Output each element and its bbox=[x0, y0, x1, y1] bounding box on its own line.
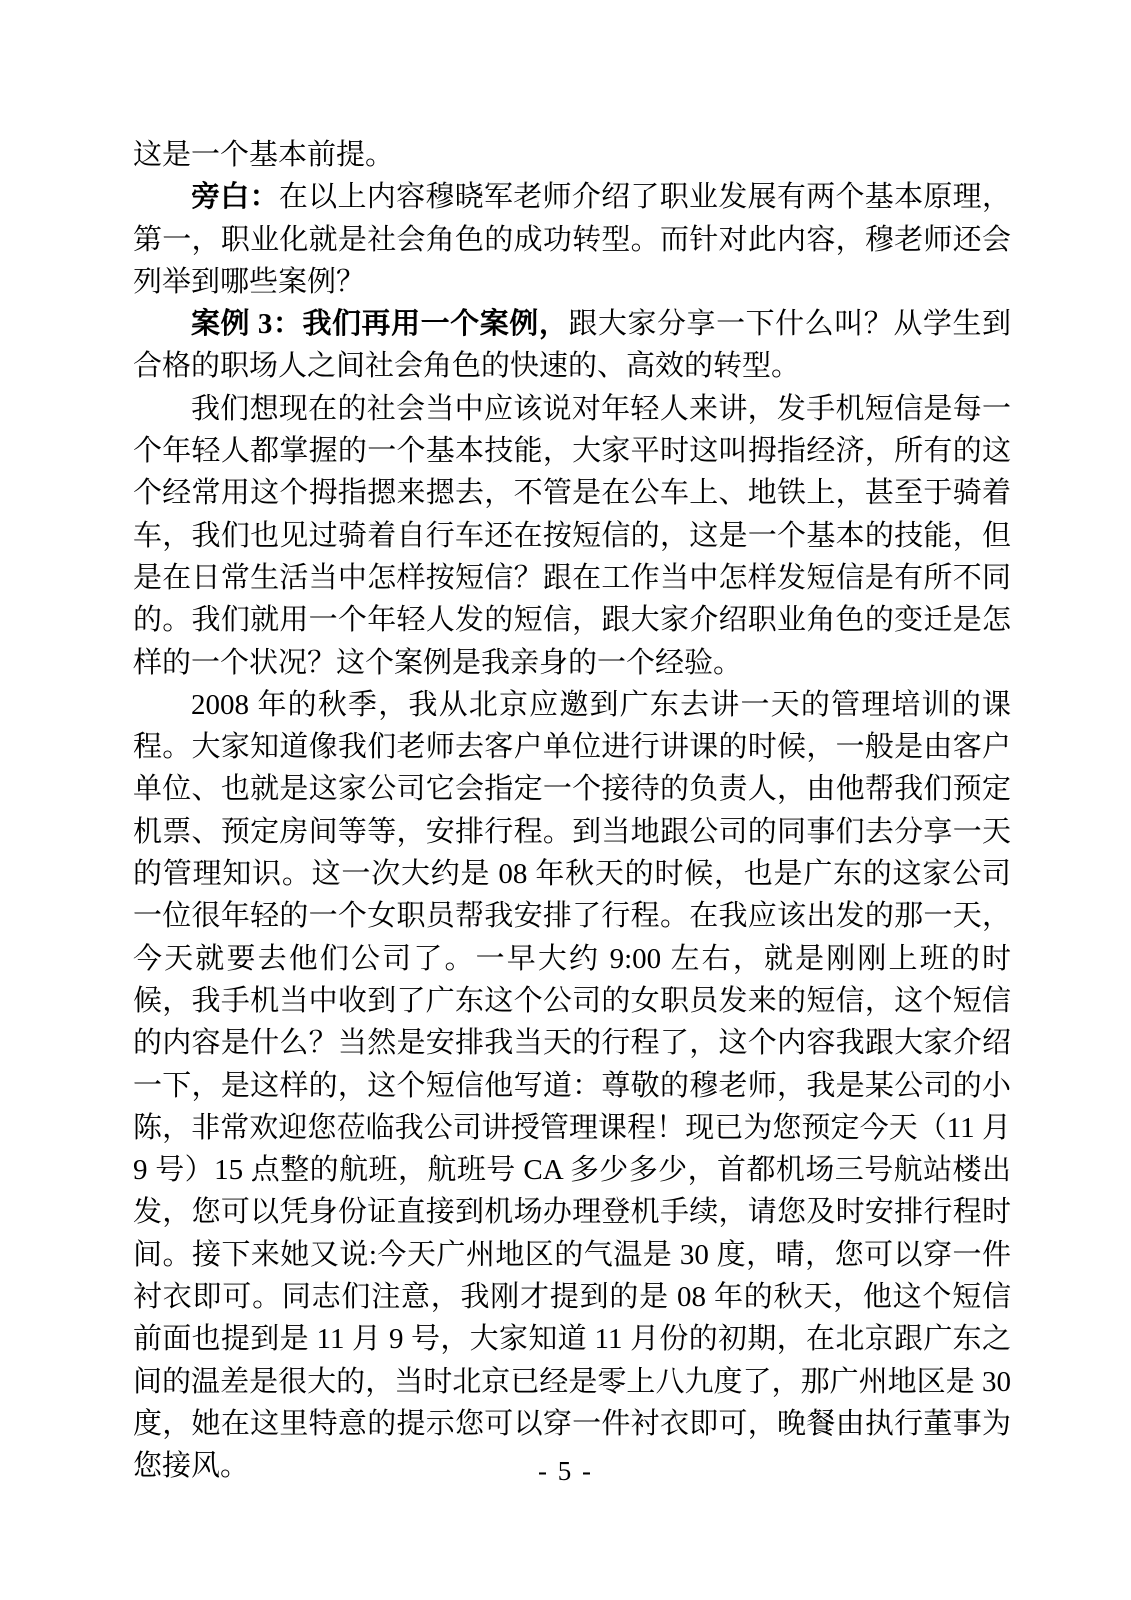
bold-text-run: 旁白： bbox=[191, 181, 279, 213]
page-number: - 5 - bbox=[0, 1456, 1131, 1487]
document-page: 这是一个基本前提。旁白：在以上内容穆晓军老师介绍了职业发展有两个基本原理，第一，… bbox=[0, 0, 1131, 1600]
paragraph: 2008 年的秋季，我从北京应邀到广东去讲一天的管理培训的课程。大家知道像我们老… bbox=[133, 684, 1011, 1488]
paragraph: 这是一个基本前提。 bbox=[133, 134, 1011, 176]
text-run: 这是一个基本前提。 bbox=[133, 139, 394, 171]
paragraph: 案例 3：我们再用一个案例，跟大家分享一下什么叫？从学生到合格的职场人之间社会角… bbox=[133, 303, 1011, 388]
bold-text-run: 案例 3：我们再用一个案例， bbox=[191, 308, 568, 340]
text-run: 2008 年的秋季，我从北京应邀到广东去讲一天的管理培训的课程。大家知道像我们老… bbox=[133, 689, 1011, 1482]
document-body: 这是一个基本前提。旁白：在以上内容穆晓军老师介绍了职业发展有两个基本原理，第一，… bbox=[133, 134, 1011, 1488]
text-run: 我们想现在的社会当中应该说对年轻人来讲，发手机短信是每一个年轻人都掌握的一个基本… bbox=[133, 393, 1011, 679]
paragraph: 我们想现在的社会当中应该说对年轻人来讲，发手机短信是每一个年轻人都掌握的一个基本… bbox=[133, 388, 1011, 684]
paragraph: 旁白：在以上内容穆晓军老师介绍了职业发展有两个基本原理，第一，职业化就是社会角色… bbox=[133, 176, 1011, 303]
